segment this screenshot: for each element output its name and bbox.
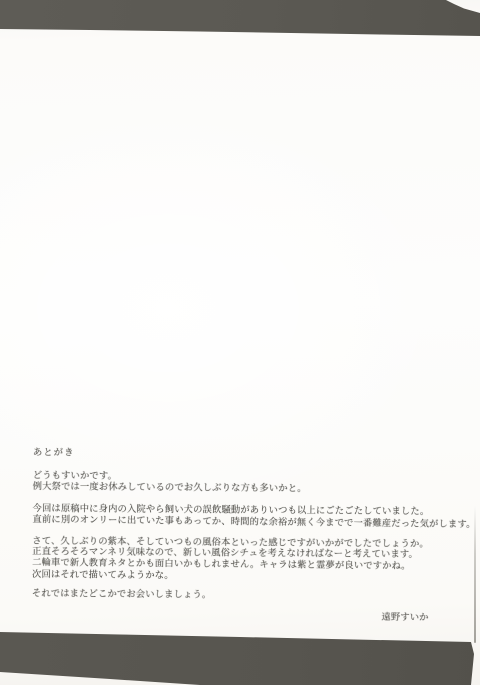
scan-top-edge-band	[0, 0, 480, 40]
afterword-paragraph: どうもすいかです。 例大祭では一度お休みしているのでお久しぶりな方も多いかと。	[33, 470, 457, 496]
afterword-paragraph: 今回は原稿中に身内の入院やら飼い犬の誤飲騒動がありいつも以上にごたごたしていまし…	[32, 503, 456, 529]
afterword-line: 例大祭では一度お休みしているのでお久しぶりな方も多いかと。	[33, 481, 457, 496]
afterword-text-block: あとがき どうもすいかです。 例大祭では一度お休みしているのでお久しぶりな方も多…	[32, 447, 457, 624]
afterword-title: あとがき	[33, 447, 457, 462]
author-signature: 遠野すいか	[32, 609, 456, 624]
afterword-line: それではまたどこかでお会いしましょう。	[32, 588, 456, 603]
afterword-paragraph: さて、久しぶりの紫本、そしていつもの風俗本といった感じですがいかがでしたでしょう…	[32, 535, 456, 583]
afterword-paragraph: それではまたどこかでお会いしましょう。	[32, 588, 456, 603]
scanned-afterword-page: あとがき どうもすいかです。 例大祭では一度お休みしているのでお久しぶりな方も多…	[0, 0, 480, 685]
scan-bottom-edge-band	[0, 624, 480, 685]
